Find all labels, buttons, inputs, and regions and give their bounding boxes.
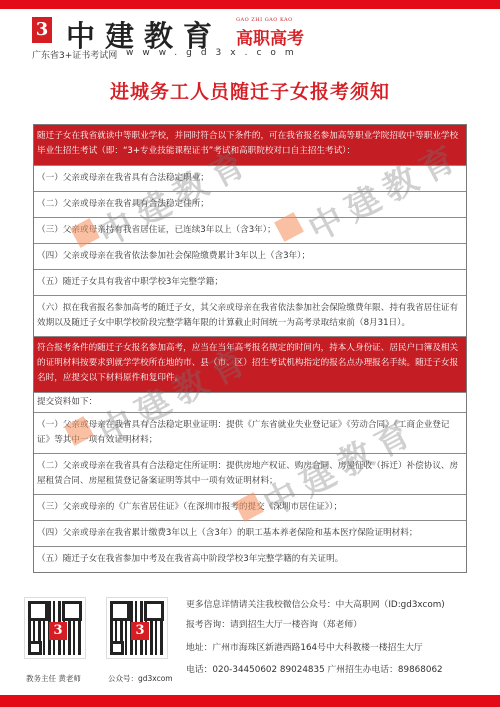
site-url: www.gd3x.com: [126, 48, 303, 58]
top-red-bar: [0, 0, 500, 9]
page-title: 进城务工人员随迁子女报考须知: [0, 77, 500, 104]
qr-code-teacher[interactable]: 3: [25, 598, 85, 658]
condition-row: （四）父亲或母亲在我省依法参加社会保险缴费累计3年以上（含3年）；: [34, 243, 466, 269]
material-row: （二）父亲或母亲在我省具有合法稳定住所证明：提供房地产权证、购房合同、房屋征收（…: [34, 453, 466, 494]
material-row: （一）父亲或母亲在我省具有合法稳定职业证明：提供《广东省就业失业登记证》《劳动合…: [34, 412, 466, 453]
condition-row: （一）父亲或母亲在我省具有合法稳定职业；: [34, 165, 466, 191]
brand-english: GAO ZHI GAO KAO: [236, 17, 293, 23]
condition-row: （五）随迁子女具有我省中职学校3年完整学籍；: [34, 269, 466, 295]
brand-logo-icon: 3: [131, 622, 149, 640]
qr-caption: 教务主任 黄老师: [26, 673, 81, 684]
intro-row: 随迁子女在我省就读中等职业学校，并同时符合以下条件的，可在我省报名参加高等职业学…: [34, 125, 466, 165]
wechat-info: 更多信息详情请关注我校微信公众号：中大高职网（ID:gd3xcom): [186, 597, 445, 610]
qr-code-wechat[interactable]: 3: [107, 598, 167, 658]
bottom-red-bar: [0, 695, 500, 707]
brand-logo-icon: 3: [32, 17, 52, 43]
material-row: （五）随迁子女在我省参加中考及在我省高中阶段学校3年完整学籍的有关证明。: [34, 546, 466, 572]
materials-label: 提交资料如下：: [34, 392, 466, 412]
brand-logo-icon: 3: [49, 622, 67, 640]
material-row: （四）父亲或母亲在我省累计缴费3年以上（含3年）的职工基本养老保险和基本医疗保险…: [34, 520, 466, 546]
qr-caption: 公众号：gd3xcom: [108, 673, 173, 684]
condition-row: （二）父亲或母亲在我省具有合法稳定住所；: [34, 191, 466, 217]
phone-info: 电话：020-34450602 89024835 广州招生办电话：8986806…: [186, 662, 443, 675]
registration-note-row: 符合报考条件的随迁子女报名参加高考，应当在当年高考报名规定的时间内，持本人身份证…: [34, 336, 466, 392]
footer: 3 教务主任 黄老师 3 公众号：gd3xcom 更多信息详情请关注我校微信公众…: [0, 590, 500, 690]
address-info: 地址：广州市海珠区新港西路164号中大科教楼一楼招生大厅: [186, 640, 423, 653]
brand-subtitle: 高职高考: [236, 24, 304, 49]
condition-row: （六）拟在我省报名参加高考的随迁子女，其父亲或母亲在我省依法参加社会保险缴费年限…: [34, 295, 466, 336]
brand-header: 3 中建教育 GAO ZHI GAO KAO 高职高考 广东省3+证书考试网 w…: [32, 16, 472, 64]
site-label: 广东省3+证书考试网: [32, 48, 117, 61]
condition-row: （三）父亲或母亲持有我省居住证，已连续3年以上（含3年）；: [34, 217, 466, 243]
consult-info: 报考咨询：请到招生大厅一楼咨询（郑老师）: [186, 617, 362, 630]
